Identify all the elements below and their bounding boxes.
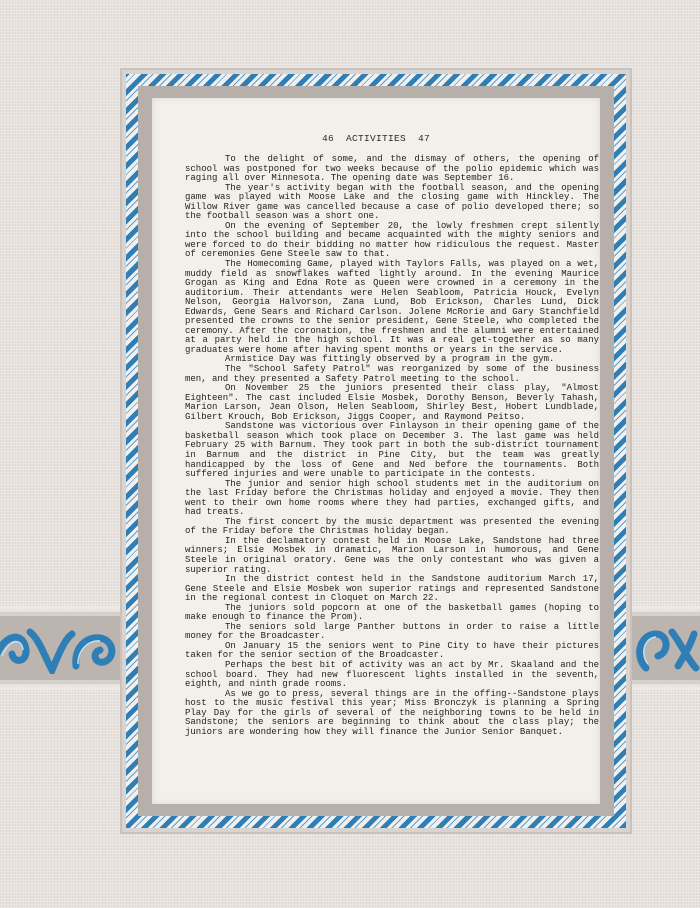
paragraph: The year's activity began with the footb…: [185, 184, 599, 222]
paragraph: The Homecoming Game, played with Taylors…: [185, 260, 599, 355]
typed-page: 46 ACTIVITIES 47 To the delight of some,…: [152, 98, 600, 804]
scroll-ornament-right-icon: [632, 626, 700, 674]
paragraph: The seniors sold large Panther buttons i…: [185, 623, 599, 642]
article-body: To the delight of some, and the dismay o…: [185, 155, 599, 737]
paragraph: On the evening of September 20, the lowl…: [185, 222, 599, 260]
paragraph: The junior and senior high school studen…: [185, 480, 599, 518]
paragraph: As we go to press, several things are in…: [185, 690, 599, 738]
paragraph: The "School Safety Patrol" was reorganiz…: [185, 365, 599, 384]
paragraph: To the delight of some, and the dismay o…: [185, 155, 599, 184]
paragraph: The juniors sold popcorn at one of the b…: [185, 604, 599, 623]
paragraph: The first concert by the music departmen…: [185, 518, 599, 537]
paragraph: On January 15 the seniors went to Pine C…: [185, 642, 599, 661]
left-page-number: 46: [322, 133, 334, 144]
section-title: ACTIVITIES: [346, 133, 406, 144]
paragraph: In the declamatory contest held in Moose…: [185, 537, 599, 575]
scroll-ornament-left-icon: [0, 626, 120, 674]
paragraph: On November 25 the juniors presented the…: [185, 384, 599, 422]
page-frame: 46 ACTIVITIES 47 To the delight of some,…: [120, 68, 632, 834]
paragraph: Perhaps the best bit of activity was an …: [185, 661, 599, 690]
gray-mat: 46 ACTIVITIES 47 To the delight of some,…: [138, 86, 614, 816]
page-heading: 46 ACTIVITIES 47: [152, 133, 600, 144]
paragraph: Sandstone was victorious over Finlayson …: [185, 422, 599, 479]
right-page-number: 47: [418, 133, 430, 144]
paragraph: In the district contest held in the Sand…: [185, 575, 599, 604]
